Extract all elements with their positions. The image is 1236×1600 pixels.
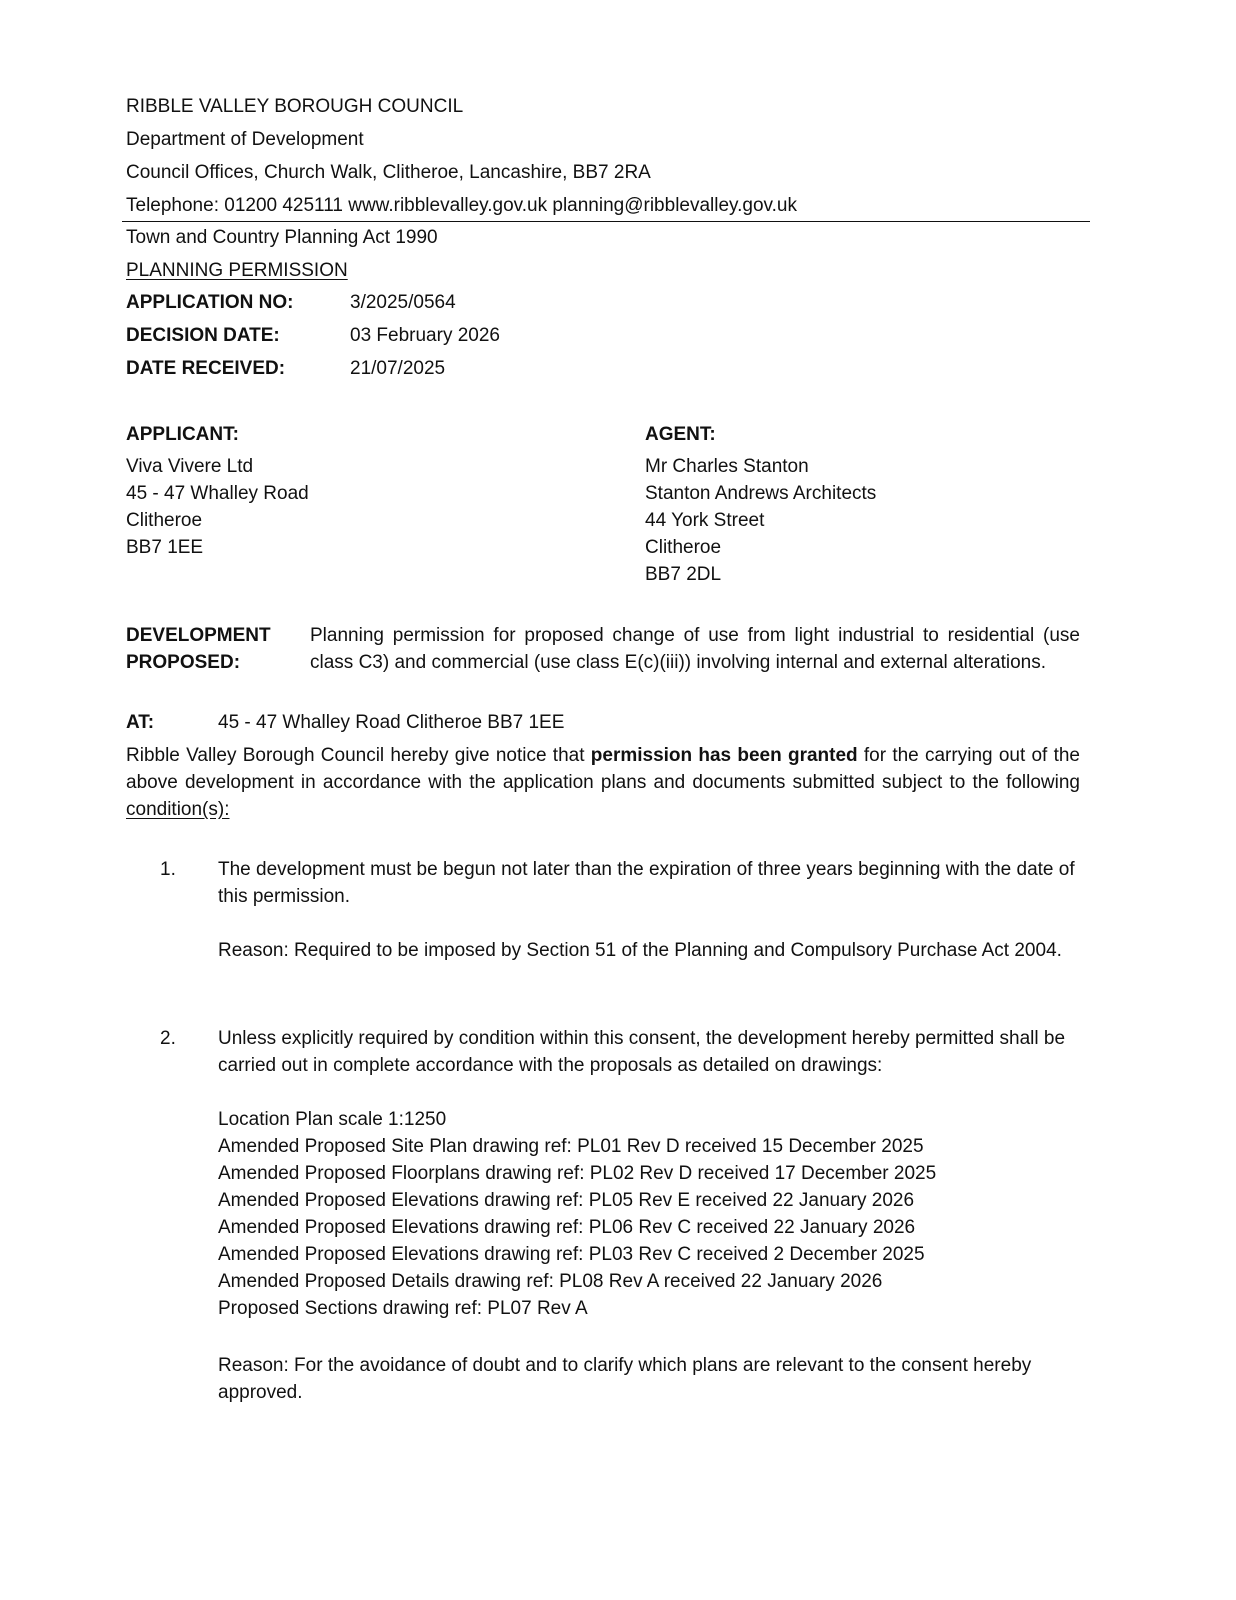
drawing-item: Amended Proposed Floorplans drawing ref:… <box>218 1160 936 1187</box>
condition-number: 1. <box>160 856 176 883</box>
notice-type: PLANNING PERMISSION <box>126 259 348 283</box>
council-address: Council Offices, Church Walk, Clitheroe,… <box>126 161 651 185</box>
drawing-item: Amended Proposed Elevations drawing ref:… <box>218 1241 936 1268</box>
drawing-item: Amended Proposed Elevations drawing ref:… <box>218 1214 936 1241</box>
site-address: 45 - 47 Whalley Road Clitheroe BB7 1EE <box>218 711 564 735</box>
agent-line: 44 York Street <box>645 509 764 533</box>
permission-granted-text: permission has been granted <box>591 745 858 766</box>
agent-line: BB7 2DL <box>645 563 721 587</box>
drawing-item: Amended Proposed Details drawing ref: PL… <box>218 1268 936 1295</box>
condition-reason: Reason: Required to be imposed by Sectio… <box>218 937 1078 964</box>
agent-line: Mr Charles Stanton <box>645 455 809 479</box>
applicant-label: APPLICANT: <box>126 423 239 447</box>
council-name: RIBBLE VALLEY BOROUGH COUNCIL <box>126 95 463 119</box>
applicant-line: 45 - 47 Whalley Road <box>126 482 309 506</box>
development-description: Planning permission for proposed change … <box>310 622 1080 676</box>
condition-reason: Reason: For the avoidance of doubt and t… <box>218 1352 1078 1406</box>
development-label-2: PROPOSED: <box>126 651 240 675</box>
grant-notice: Ribble Valley Borough Council hereby giv… <box>126 742 1080 823</box>
agent-line: Clitheroe <box>645 536 721 560</box>
drawing-item: Proposed Sections drawing ref: PL07 Rev … <box>218 1295 936 1322</box>
applicant-line: BB7 1EE <box>126 536 203 560</box>
site-label: AT: <box>126 711 154 735</box>
application-no-label: APPLICATION NO: <box>126 291 293 315</box>
planning-decision-notice: RIBBLE VALLEY BOROUGH COUNCIL Department… <box>0 0 1236 1600</box>
condition-number: 2. <box>160 1025 176 1052</box>
date-received-label: DATE RECEIVED: <box>126 357 285 381</box>
development-label: DEVELOPMENT <box>126 624 271 648</box>
applicant-line: Viva Vivere Ltd <box>126 455 253 479</box>
condition-text: The development must be begun not later … <box>218 856 1078 910</box>
contact-details: Telephone: 01200 425111 www.ribblevalley… <box>126 194 797 218</box>
agent-label: AGENT: <box>645 423 716 447</box>
approved-drawings-list: Location Plan scale 1:1250 Amended Propo… <box>218 1106 936 1322</box>
drawing-item: Amended Proposed Site Plan drawing ref: … <box>218 1133 936 1160</box>
drawing-item: Amended Proposed Elevations drawing ref:… <box>218 1187 936 1214</box>
decision-date-value: 03 February 2026 <box>350 324 500 348</box>
condition-text: Unless explicitly required by condition … <box>218 1025 1078 1079</box>
header-divider <box>122 221 1090 222</box>
date-received-value: 21/07/2025 <box>350 357 445 381</box>
grant-notice-text: Ribble Valley Borough Council hereby giv… <box>126 745 591 766</box>
act-title: Town and Country Planning Act 1990 <box>126 226 438 250</box>
department-name: Department of Development <box>126 128 364 152</box>
agent-line: Stanton Andrews Architects <box>645 482 876 506</box>
applicant-line: Clitheroe <box>126 509 202 533</box>
drawing-item: Location Plan scale 1:1250 <box>218 1106 936 1133</box>
conditions-heading: condition(s): <box>126 799 230 820</box>
decision-date-label: DECISION DATE: <box>126 324 280 348</box>
application-no-value: 3/2025/0564 <box>350 291 456 315</box>
